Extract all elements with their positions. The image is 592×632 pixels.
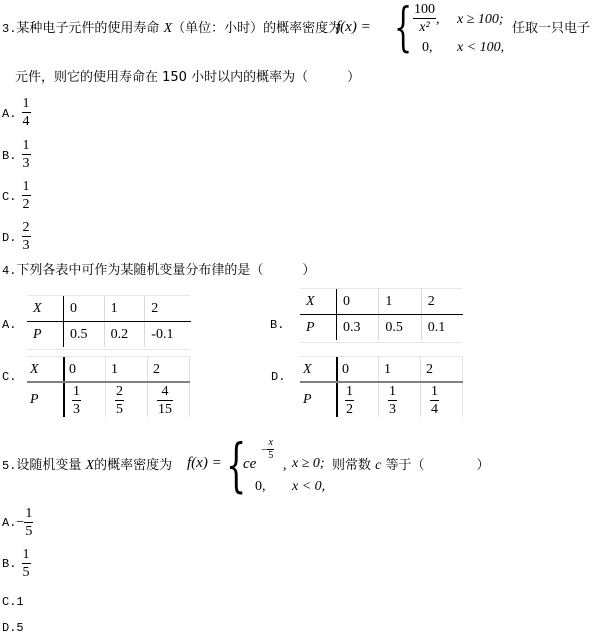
header-p: P — [27, 322, 64, 348]
stem-text: （单位：小时）的概率密度为 — [172, 21, 341, 36]
numerator: 1 — [388, 384, 397, 399]
fraction-bar — [22, 236, 31, 237]
comma: , — [283, 458, 287, 474]
numerator: 1 — [22, 96, 31, 111]
option-label: C. — [2, 190, 16, 204]
denominator: x² — [418, 20, 430, 35]
cell: 2 — [421, 289, 463, 315]
fraction: 12 — [345, 384, 354, 417]
denominator: 5 — [24, 524, 33, 539]
numerator: 1 — [345, 384, 354, 399]
option-d-label[interactable]: D. — [271, 370, 285, 384]
table-header-rule — [300, 381, 463, 383]
question-number: 5. — [2, 459, 16, 473]
function-f: f(x) = — [187, 455, 222, 472]
header-x: X — [300, 289, 337, 315]
fraction: x5 — [267, 438, 274, 461]
option-a[interactable]: A. 14 — [2, 96, 31, 129]
fraction-bar — [22, 563, 31, 564]
fraction-bar — [72, 400, 81, 401]
fraction-bar — [345, 400, 354, 401]
stem-text: 设随机变量 — [16, 458, 81, 473]
coefficient: ce — [243, 456, 256, 472]
cell: 0.5 — [379, 315, 421, 341]
fraction-bar — [115, 400, 124, 401]
case-1-condition: x ≥ 0; — [292, 456, 325, 472]
cell: 1 — [384, 362, 391, 378]
fraction: 12 — [22, 179, 31, 212]
function-f: f(x) = — [336, 19, 371, 36]
fraction-bar — [388, 400, 397, 401]
left-brace-icon: { — [394, 2, 412, 54]
fraction: 15 — [22, 547, 31, 580]
fraction-bar — [22, 112, 31, 113]
numerator: 2 — [22, 220, 31, 235]
numerator: 100 — [413, 2, 436, 17]
case-1-value: ce — [243, 456, 256, 473]
denominator: 5 — [267, 451, 274, 461]
fraction: 14 — [430, 384, 439, 417]
header-p: P — [30, 392, 39, 408]
numerator: 1 — [24, 506, 33, 521]
numerator: 1 — [22, 138, 31, 153]
cell: 0 — [69, 362, 76, 378]
table-bottom-rule — [27, 349, 190, 350]
option-a[interactable]: A.− 15 — [2, 506, 33, 539]
option-value: 5 — [16, 621, 23, 632]
denominator: 3 — [388, 402, 397, 417]
option-label: D. — [2, 231, 16, 245]
fraction: 13 — [72, 384, 81, 417]
option-b[interactable]: B. 13 — [2, 138, 31, 171]
option-c-table[interactable]: X 0 1 2 P 13 25 415 — [27, 357, 190, 417]
cell: 0 — [342, 362, 349, 378]
option-value: 1 — [16, 595, 23, 609]
question-4-stem: 4.下列各表中可作为某随机变量分布律的是（ ） — [2, 263, 315, 279]
header-x: X — [27, 296, 64, 322]
header-x: X — [303, 362, 312, 378]
cell: 0.3 — [337, 315, 379, 341]
denominator: 2 — [22, 197, 31, 212]
denominator: 4 — [22, 114, 31, 129]
comma: , — [436, 12, 440, 27]
table-col-line — [189, 357, 190, 417]
option-b-table[interactable]: X012 P0.30.50.1 — [300, 289, 463, 340]
option-c[interactable]: C. 12 — [2, 179, 31, 212]
stem-tail: 则常数 c 等于（ ） — [332, 458, 490, 474]
case-2-value: 0, — [255, 479, 266, 495]
option-a-table[interactable]: X012 P0.50.2-0.1 — [27, 296, 191, 347]
table-divider — [336, 357, 338, 417]
table-col-line — [420, 357, 421, 417]
cell: 2 — [153, 362, 160, 378]
fraction-bar — [22, 154, 31, 155]
stem-text: 任取一只电子 — [512, 21, 590, 37]
option-d[interactable]: D. 23 — [2, 220, 31, 253]
option-label: D. — [2, 621, 16, 632]
minus-sign: − — [16, 515, 24, 531]
option-b[interactable]: B. 15 — [2, 547, 31, 580]
fraction-bar — [22, 195, 31, 196]
fraction-bar — [413, 18, 436, 19]
numerator: 1 — [430, 384, 439, 399]
option-a-label[interactable]: A. — [2, 318, 16, 332]
cell: 0.5 — [64, 322, 105, 348]
exponent: − x5 — [261, 438, 274, 461]
denominator: 5 — [22, 565, 31, 580]
denominator: 5 — [115, 402, 124, 417]
option-b-label[interactable]: B. — [270, 318, 284, 332]
fraction: 25 — [115, 384, 124, 417]
stem-text: 某种电子元件的使用寿命 — [16, 21, 159, 36]
denominator: 15 — [157, 402, 173, 417]
fraction: 13 — [22, 138, 31, 171]
fraction: 15 — [24, 506, 33, 539]
cell: 2 — [145, 296, 191, 322]
table-divider — [63, 357, 65, 417]
case-2-value: 0, — [422, 40, 433, 56]
denominator: 4 — [430, 402, 439, 417]
question-number: 4. — [2, 264, 16, 278]
denominator: 2 — [345, 402, 354, 417]
fraction-bar — [24, 522, 33, 523]
case-2-condition: x < 100, — [457, 40, 504, 56]
stem-text: 的概率密度为 — [94, 458, 172, 473]
variable-x: X — [164, 21, 173, 36]
option-label: B. — [2, 557, 16, 571]
fraction-bar — [430, 400, 439, 401]
header-x: X — [30, 362, 39, 378]
fraction: 415 — [157, 384, 173, 417]
question-5-stem: 5.设随机变量 X的概率密度为 — [2, 458, 172, 474]
cell: 0 — [64, 296, 105, 322]
option-label: A. — [2, 107, 16, 121]
cell: 1 — [104, 296, 145, 322]
header-p: P — [303, 392, 312, 408]
cell: 1 — [379, 289, 421, 315]
table-header-rule — [27, 381, 190, 383]
numerator: 2 — [115, 384, 124, 399]
option-d[interactable]: D.5 — [2, 616, 24, 632]
case-1-value: 100 x² , — [413, 2, 440, 35]
fraction: 23 — [22, 220, 31, 253]
denominator: 3 — [22, 156, 31, 171]
fraction: 100 x² — [413, 2, 436, 35]
table-bottom-rule — [300, 342, 462, 343]
cell: 0.2 — [104, 322, 145, 348]
numerator: 1 — [22, 179, 31, 194]
stem-text: 等于（ ） — [386, 458, 490, 473]
numerator: 1 — [72, 384, 81, 399]
option-d-table[interactable]: X 0 1 2 P 12 13 14 — [300, 357, 463, 417]
option-label: A. — [2, 516, 16, 530]
option-label: B. — [2, 149, 16, 163]
question-number: 3. — [2, 22, 16, 36]
option-c-label[interactable]: C. — [2, 370, 16, 384]
constant-c: c — [375, 458, 381, 473]
variable-x: X — [86, 458, 95, 473]
stem-text: 下列各表中可作为某随机变量分布律的是（ ） — [16, 263, 315, 278]
cell: 0 — [337, 289, 379, 315]
numerator: 1 — [22, 547, 31, 562]
cell: 1 — [111, 362, 118, 378]
question-3-stem-line2: 元件，则它的使用寿命在 150 小时以内的概率为（ ） — [15, 70, 360, 86]
numerator: x — [267, 438, 273, 448]
header-p: P — [300, 315, 337, 341]
numerator: 4 — [161, 384, 170, 399]
option-label: C. — [2, 595, 16, 609]
option-c[interactable]: C.1 — [2, 590, 24, 609]
cell: 2 — [426, 362, 433, 378]
denominator: 3 — [72, 402, 81, 417]
fraction: 14 — [22, 96, 31, 129]
case-2-condition: x < 0, — [292, 479, 325, 495]
denominator: 3 — [22, 238, 31, 253]
case-1-condition: x ≥ 100; — [457, 12, 504, 28]
table-col-line — [378, 357, 379, 417]
fraction: 13 — [388, 384, 397, 417]
table-col-line — [462, 357, 463, 417]
fraction-bar — [157, 400, 173, 401]
cell: -0.1 — [145, 322, 191, 348]
stem-text: 则常数 — [332, 458, 371, 473]
question-3-stem-line1: 3.某种电子元件的使用寿命 X（单位：小时）的概率密度为 — [2, 21, 341, 37]
table-col-line — [147, 357, 148, 417]
table-col-line — [105, 357, 106, 417]
cell: 0.1 — [421, 315, 463, 341]
